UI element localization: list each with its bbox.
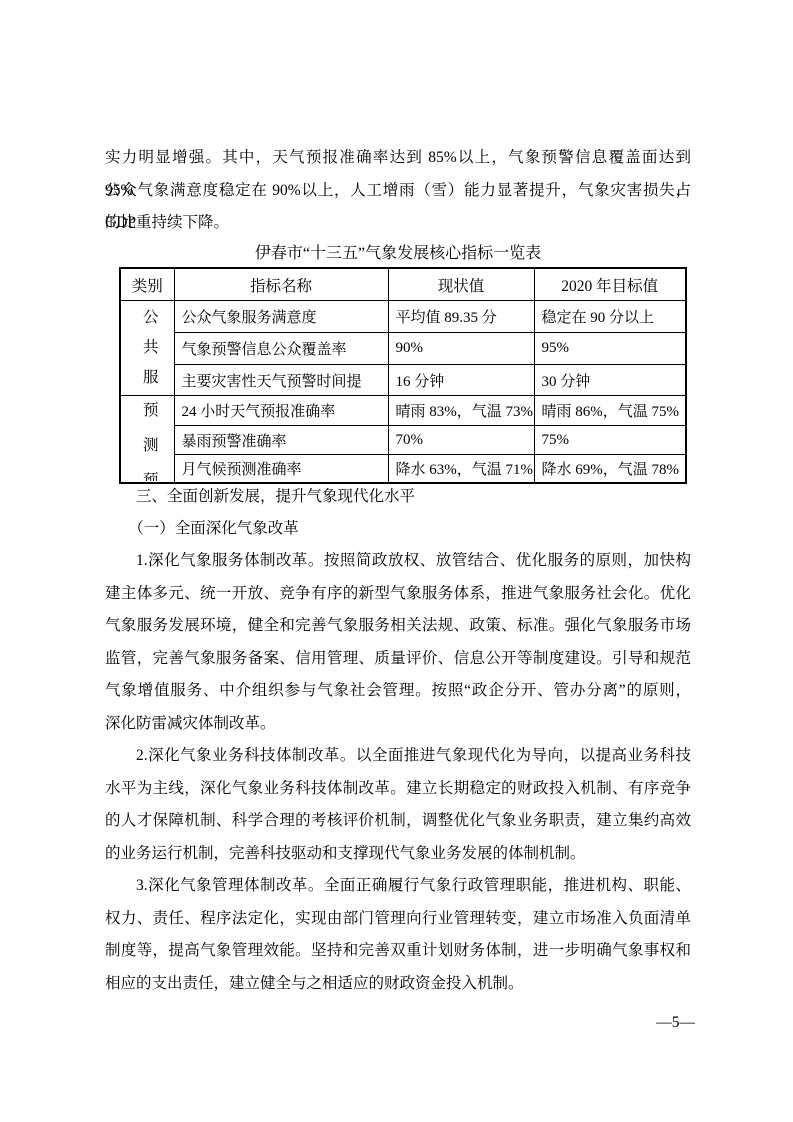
body-line: 相应的支出责任，建立健全与之相适应的财政资金投入机制。	[105, 968, 691, 1001]
table-row: 气象预警信息公众覆盖率 90% 95%	[120, 333, 686, 365]
paragraph-1: 1.深化气象服务体制改革。按照简政放权、放管结合、优化服务的原则，加快构 建主体…	[105, 545, 691, 740]
current-value: 90%	[388, 333, 534, 365]
category-char: 共	[143, 340, 159, 356]
body-line: 的比重持续下降。	[105, 207, 691, 240]
body-line: 气象服务发展环境，健全和完善气象服务相关法规、政策、标准。强化气象服务市场	[105, 610, 691, 643]
target-value: 降水 69%，气温 78%	[534, 455, 686, 484]
category-cell-public-service: 公 共 服	[120, 301, 174, 396]
body-line: 3.深化气象管理体制改革。全面正确履行气象行政管理职能，推进机构、职能、	[105, 870, 691, 903]
body-line: 的业务运行机制，完善科技驱动和支撑现代气象业务发展的体制机制。	[105, 838, 691, 871]
table-row: 公 共 服 公众气象服务满意度 平均值 89.35 分 稳定在 90 分以上	[120, 301, 686, 333]
body-line: 权力、责任、程序法定化，实现由部门管理向行业管理转变，建立市场准入负面清单	[105, 903, 691, 936]
header-target: 2020 年目标值	[534, 268, 686, 301]
category-char: 公	[143, 310, 159, 326]
current-value: 70%	[388, 426, 534, 455]
target-value: 75%	[534, 426, 686, 455]
body-line: 2.深化气象业务科技体制改革。以全面推进气象现代化为导向，以提高业务科技	[105, 740, 691, 773]
body-line: 公众气象满意度稳定在 90%以上，人工增雨（雪）能力显著提升，气象灾害损失占 G…	[105, 175, 691, 208]
document-page: 实力明显增强。其中，天气预报准确率达到 85%以上，气象预警信息覆盖面达到 95…	[0, 0, 793, 1122]
target-value: 30 分钟	[534, 365, 686, 396]
section-heading: 三、全面创新发展，提升气象现代化水平	[105, 481, 691, 514]
current-value: 降水 63%，气温 71%	[388, 455, 534, 484]
target-value: 稳定在 90 分以上	[534, 301, 686, 333]
target-value: 95%	[534, 333, 686, 365]
indicators-table: 类别 指标名称 现状值 2020 年目标值 公 共 服 公众气象服务满意度 平均…	[119, 267, 687, 484]
category-char: 预	[143, 403, 159, 419]
intro-paragraph: 实力明显增强。其中，天气预报准确率达到 85%以上，气象预警信息覆盖面达到 95…	[105, 142, 691, 240]
body-line: 深化防雷减灾体制改革。	[105, 708, 691, 741]
category-char: 服	[143, 370, 159, 386]
body-line: 的人才保障机制、科学合理的考核评价机制，调整优化气象业务职责，建立集约高效	[105, 805, 691, 838]
indicator-name: 暴雨预警准确率	[174, 426, 388, 455]
body-line: 1.深化气象服务体制改革。按照简政放权、放管结合、优化服务的原则，加快构	[105, 545, 691, 578]
indicator-name: 气象预警信息公众覆盖率	[174, 333, 388, 365]
current-value: 晴雨 83%，气温 73%	[388, 396, 534, 426]
table-row: 暴雨预警准确率 70% 75%	[120, 426, 686, 455]
header-current: 现状值	[388, 268, 534, 301]
section-subheading-block: （一）全面深化气象改革	[105, 513, 691, 546]
section-heading-block: 三、全面创新发展，提升气象现代化水平	[105, 481, 691, 514]
table-row: 主要灾害性天气预警时间提 16 分钟 30 分钟	[120, 365, 686, 396]
table-row: 预 测 预 24 小时天气预报准确率 晴雨 83%，气温 73% 晴雨 86%，…	[120, 396, 686, 426]
indicator-name: 公众气象服务满意度	[174, 301, 388, 333]
category-char-clipped: 预	[143, 473, 159, 481]
body-line: 水平为主线，深化气象业务科技体制改革。建立长期稳定的财政投入机制、有序竞争	[105, 773, 691, 806]
current-value: 16 分钟	[388, 365, 534, 396]
body-line: 制度等，提高气象管理效能。坚持和完善双重计划财务体制，进一步明确气象事权和	[105, 935, 691, 968]
current-value: 平均值 89.35 分	[388, 301, 534, 333]
section-subheading: （一）全面深化气象改革	[105, 513, 691, 546]
table-row: 月气候预测准确率 降水 63%，气温 71% 降水 69%，气温 78%	[120, 455, 686, 484]
paragraph-2: 2.深化气象业务科技体制改革。以全面推进气象现代化为导向，以提高业务科技 水平为…	[105, 740, 691, 870]
target-value: 晴雨 86%，气温 75%	[534, 396, 686, 426]
body-line: 气象增值服务、中介组织参与气象社会管理。按照“政企分开、管办分离”的原则，	[105, 675, 691, 708]
body-line: 监管，完善气象服务备案、信用管理、质量评价、信息公开等制度建设。引导和规范	[105, 643, 691, 676]
header-indicator: 指标名称	[174, 268, 388, 301]
header-category: 类别	[120, 268, 174, 301]
body-line: 实力明显增强。其中，天气预报准确率达到 85%以上，气象预警信息覆盖面达到 95…	[105, 142, 691, 175]
indicator-name: 主要灾害性天气预警时间提	[174, 365, 388, 396]
category-cell-forecast: 预 测 预	[120, 396, 174, 484]
page-number: —5—	[656, 1012, 695, 1034]
paragraph-3: 3.深化气象管理体制改革。全面正确履行气象行政管理职能，推进机构、职能、 权力、…	[105, 870, 691, 1000]
table-title: 伊春市“十三五”气象发展核心指标一览表	[105, 243, 691, 265]
indicator-name: 月气候预测准确率	[174, 455, 388, 484]
category-char: 测	[143, 438, 159, 454]
body-line: 建主体多元、统一开放、竞争有序的新型气象服务体系，推进气象服务社会化。优化	[105, 578, 691, 611]
indicator-name: 24 小时天气预报准确率	[174, 396, 388, 426]
table-header-row: 类别 指标名称 现状值 2020 年目标值	[120, 268, 686, 301]
